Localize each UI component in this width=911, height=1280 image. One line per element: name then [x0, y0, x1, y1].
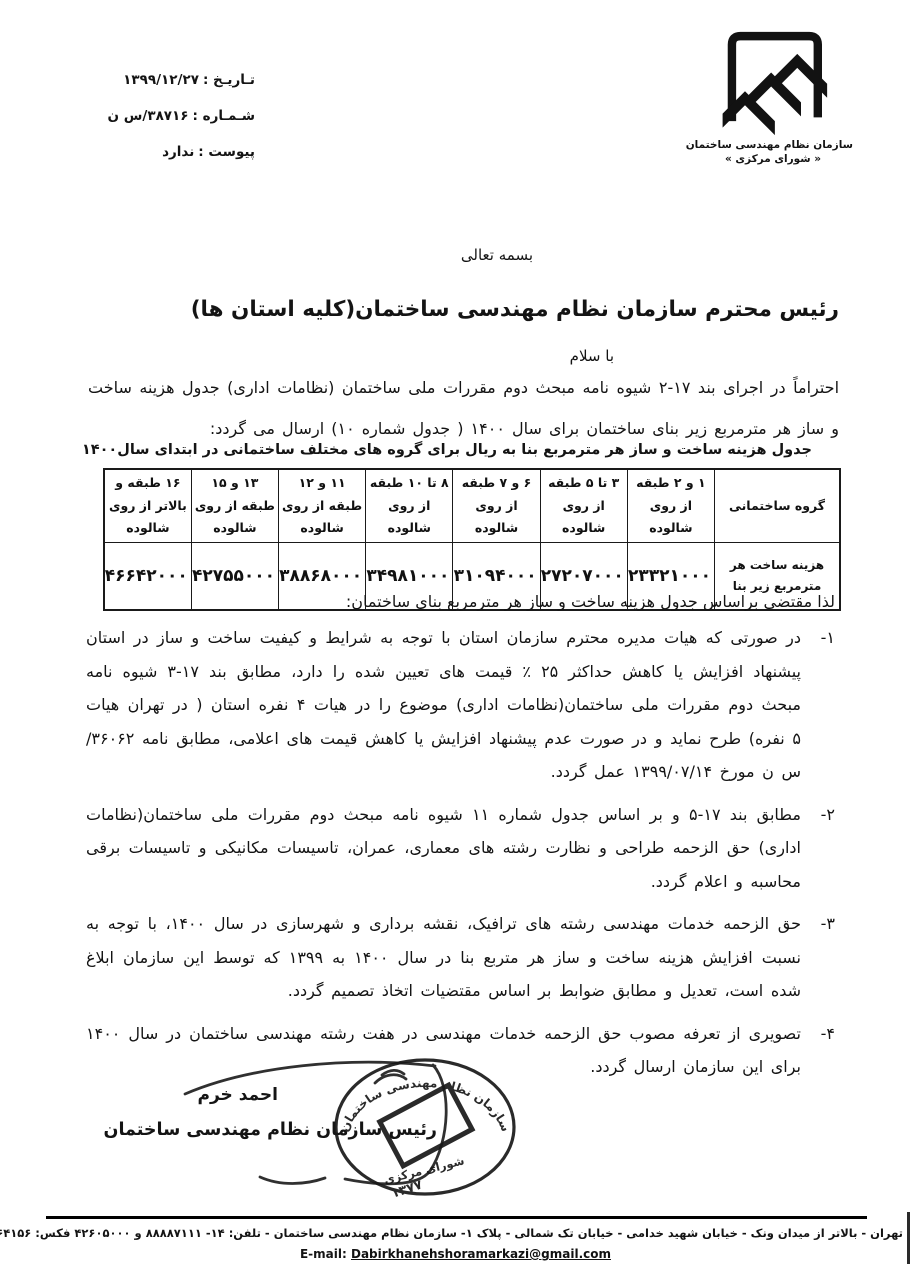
cost-table-corner-header: گروه ساختمانی [715, 469, 841, 542]
cost-table-header-row: گروه ساختمانی ۱ و ۲ طبقه از روی شالوده ۳… [104, 469, 840, 542]
building-engineering-org-logo-icon [717, 24, 829, 136]
email-link[interactable]: Dabirkhanehshoramarkazi@gmail.com [351, 1247, 611, 1261]
cost-value-cell: ۴۲۷۵۵۰۰۰ [191, 542, 278, 610]
footer-email-line: E-mail: Dabirkhanehshoramarkazi@gmail.co… [0, 1247, 911, 1261]
item-marker: ۴- [801, 1017, 835, 1084]
number-label: شـمـاره : [193, 108, 255, 124]
item-text: مطابق بند ۱۷-۵ و بر اساس جدول شماره ۱۱ ش… [86, 798, 801, 899]
svg-text:سازمان نظام مهندسی ساختمان: سازمان نظام مهندسی ساختمان [337, 1076, 513, 1134]
attachment-line: پیوست :ندارد [108, 134, 255, 170]
cost-value-cell: ۴۶۶۴۲۰۰۰ [104, 542, 191, 610]
cost-table-col-header: ۶ و ۷ طبقه از روی شالوده [453, 469, 540, 542]
logo-org-name: سازمان نظام مهندسی ساختمان [693, 139, 853, 151]
date-label: تـاریـخ : [203, 72, 255, 88]
number-value: ۳۸۷۱۶/س ن [108, 108, 193, 124]
item-marker: ۲- [801, 798, 835, 899]
logo-council-name: « شورای مرکزی » [693, 153, 853, 165]
list-item: ۲- مطابق بند ۱۷-۵ و بر اساس جدول شماره ۱… [86, 798, 835, 899]
list-item: ۳- حق الزحمه خدمات مهندسی رشته های ترافی… [86, 907, 835, 1008]
intro-paragraph: احتراماً در اجرای بند ۱۷-۲ شیوه نامه مبح… [88, 367, 839, 449]
official-round-stamp-icon: سازمان نظام مهندسی ساختمان شورای مرکزی ۱… [330, 1054, 520, 1202]
scanned-letter-page: تـاریـخ :۱۳۹۹/۱۲/۲۷ شـمـاره :۳۸۷۱۶/س ن پ… [0, 0, 911, 1280]
email-label: E-mail: [300, 1247, 347, 1261]
attachment-label: پیوست : [198, 144, 255, 160]
item-text: در صورتی که هیات مدیره محترم سازمان استا… [86, 621, 801, 789]
directive-list: ۱- در صورتی که هیات مدیره محترم سازمان ا… [86, 621, 835, 1093]
attachment-value: ندارد [162, 144, 198, 160]
stamp-council-text: شورای مرکزی [382, 1153, 465, 1187]
letter-meta-block: تـاریـخ :۱۳۹۹/۱۲/۲۷ شـمـاره :۳۸۷۱۶/س ن پ… [108, 62, 255, 170]
cost-table-col-header: ۳ تا ۵ طبقه از روی شالوده [540, 469, 627, 542]
item-marker: ۱- [801, 621, 835, 789]
cost-table-caption: جدول هزینه ساخت و ساز هر مترمربع بنا به … [82, 442, 812, 458]
item-marker: ۳- [801, 907, 835, 1008]
date-line: تـاریـخ :۱۳۹۹/۱۲/۲۷ [108, 62, 255, 98]
item-text: حق الزحمه خدمات مهندسی رشته های ترافیک، … [86, 907, 801, 1008]
footer-divider [46, 1216, 867, 1219]
scan-edge-artifact [907, 1212, 910, 1264]
salutation-text: با سلام [570, 347, 614, 365]
footer-address: تهران - بالاتر از میدان ونک - خیابان شهی… [8, 1226, 903, 1240]
cost-table-col-header: ۱۳ و ۱۵ طبقه از روی شالوده [191, 469, 278, 542]
cost-table-col-header: ۸ تا ۱۰ طبقه از روی شالوده [366, 469, 453, 542]
cost-table-col-header: ۱۶ طبقه و بالاتر از روی شالوده [104, 469, 191, 542]
construction-cost-table: گروه ساختمانی ۱ و ۲ طبقه از روی شالوده ۳… [103, 468, 841, 611]
signer-name: احمد خرم [197, 1085, 278, 1105]
recipient-title: رئیس محترم سازمان نظام مهندسی ساختمان(کل… [191, 297, 839, 322]
organization-logo-block: سازمان نظام مهندسی ساختمان « شورای مرکزی… [693, 24, 853, 165]
number-line: شـمـاره :۳۸۷۱۶/س ن [108, 98, 255, 134]
besmellah-text: بسمه تعالی [461, 246, 533, 264]
list-item: ۱- در صورتی که هیات مدیره محترم سازمان ا… [86, 621, 835, 789]
stamp-rim-text: سازمان نظام مهندسی ساختمان [337, 1076, 513, 1134]
cost-table-col-header: ۱ و ۲ طبقه از روی شالوده [627, 469, 714, 542]
lead-line: لذا مقتضی براساس جدول هزینه ساخت و ساز ه… [346, 592, 835, 611]
date-value: ۱۳۹۹/۱۲/۲۷ [123, 72, 203, 88]
cost-table-col-header: ۱۱ و ۱۲ طبقه از روی شالوده [278, 469, 365, 542]
